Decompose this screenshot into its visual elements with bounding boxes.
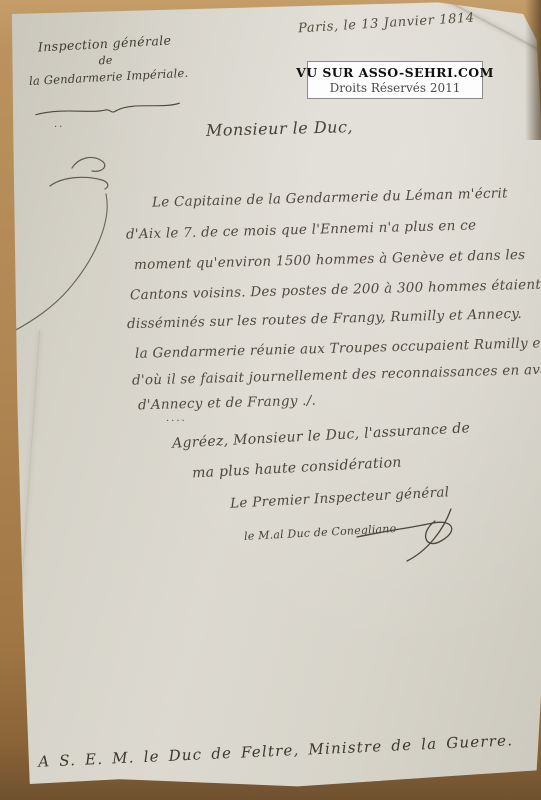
watermark-rights: Droits Réservés 2011 (330, 81, 461, 95)
footer-address: A S. E. M. le Duc de Feltre, Ministre de… (38, 731, 514, 771)
ink-dots: ·· (54, 122, 64, 133)
watermark-site: VU SUR ASSO-SEHRI.COM (296, 65, 494, 80)
closing-line: Agréez, Monsieur le Duc, l'assurance de (172, 420, 471, 452)
closing-line: ma plus haute considération (192, 455, 402, 482)
body-line: disséminés sur les routes de Frangy, Rum… (127, 306, 522, 332)
dateline: Paris, le 13 Janvier 1814 (298, 11, 475, 37)
letterhead: Inspection générale de la Gendarmerie Im… (27, 32, 184, 88)
watermark-box: VU SUR ASSO-SEHRI.COM Droits Réservés 20… (307, 61, 483, 99)
photo-edge-shadow (525, 0, 541, 140)
body-line: Le Capitaine de la Gendarmerie du Léman … (152, 185, 508, 210)
signature-paraph-icon (355, 505, 475, 565)
body-line: d'Aix le 7. de ce mois que l'Ennemi n'a … (126, 217, 477, 242)
paper-sheet: Inspection générale de la Gendarmerie Im… (0, 0, 541, 800)
body-line: moment qu'environ 1500 hommes à Genève e… (134, 247, 526, 273)
ink-dots: ···· (166, 416, 187, 427)
salutation: Monsieur le Duc, (206, 117, 353, 140)
body-line: d'où il se faisait journellement des rec… (132, 361, 541, 388)
body-line: la Gendarmerie réunie aux Troupes occupa… (135, 334, 541, 362)
body-line: d'Annecy et de Frangy ./. (138, 393, 316, 414)
body-line: Cantons voisins. Des postes de 200 à 300… (130, 277, 541, 304)
paper-crease (21, 330, 40, 589)
photographed-letter: Inspection générale de la Gendarmerie Im… (0, 0, 541, 800)
letterhead-flourish-icon (32, 98, 183, 120)
